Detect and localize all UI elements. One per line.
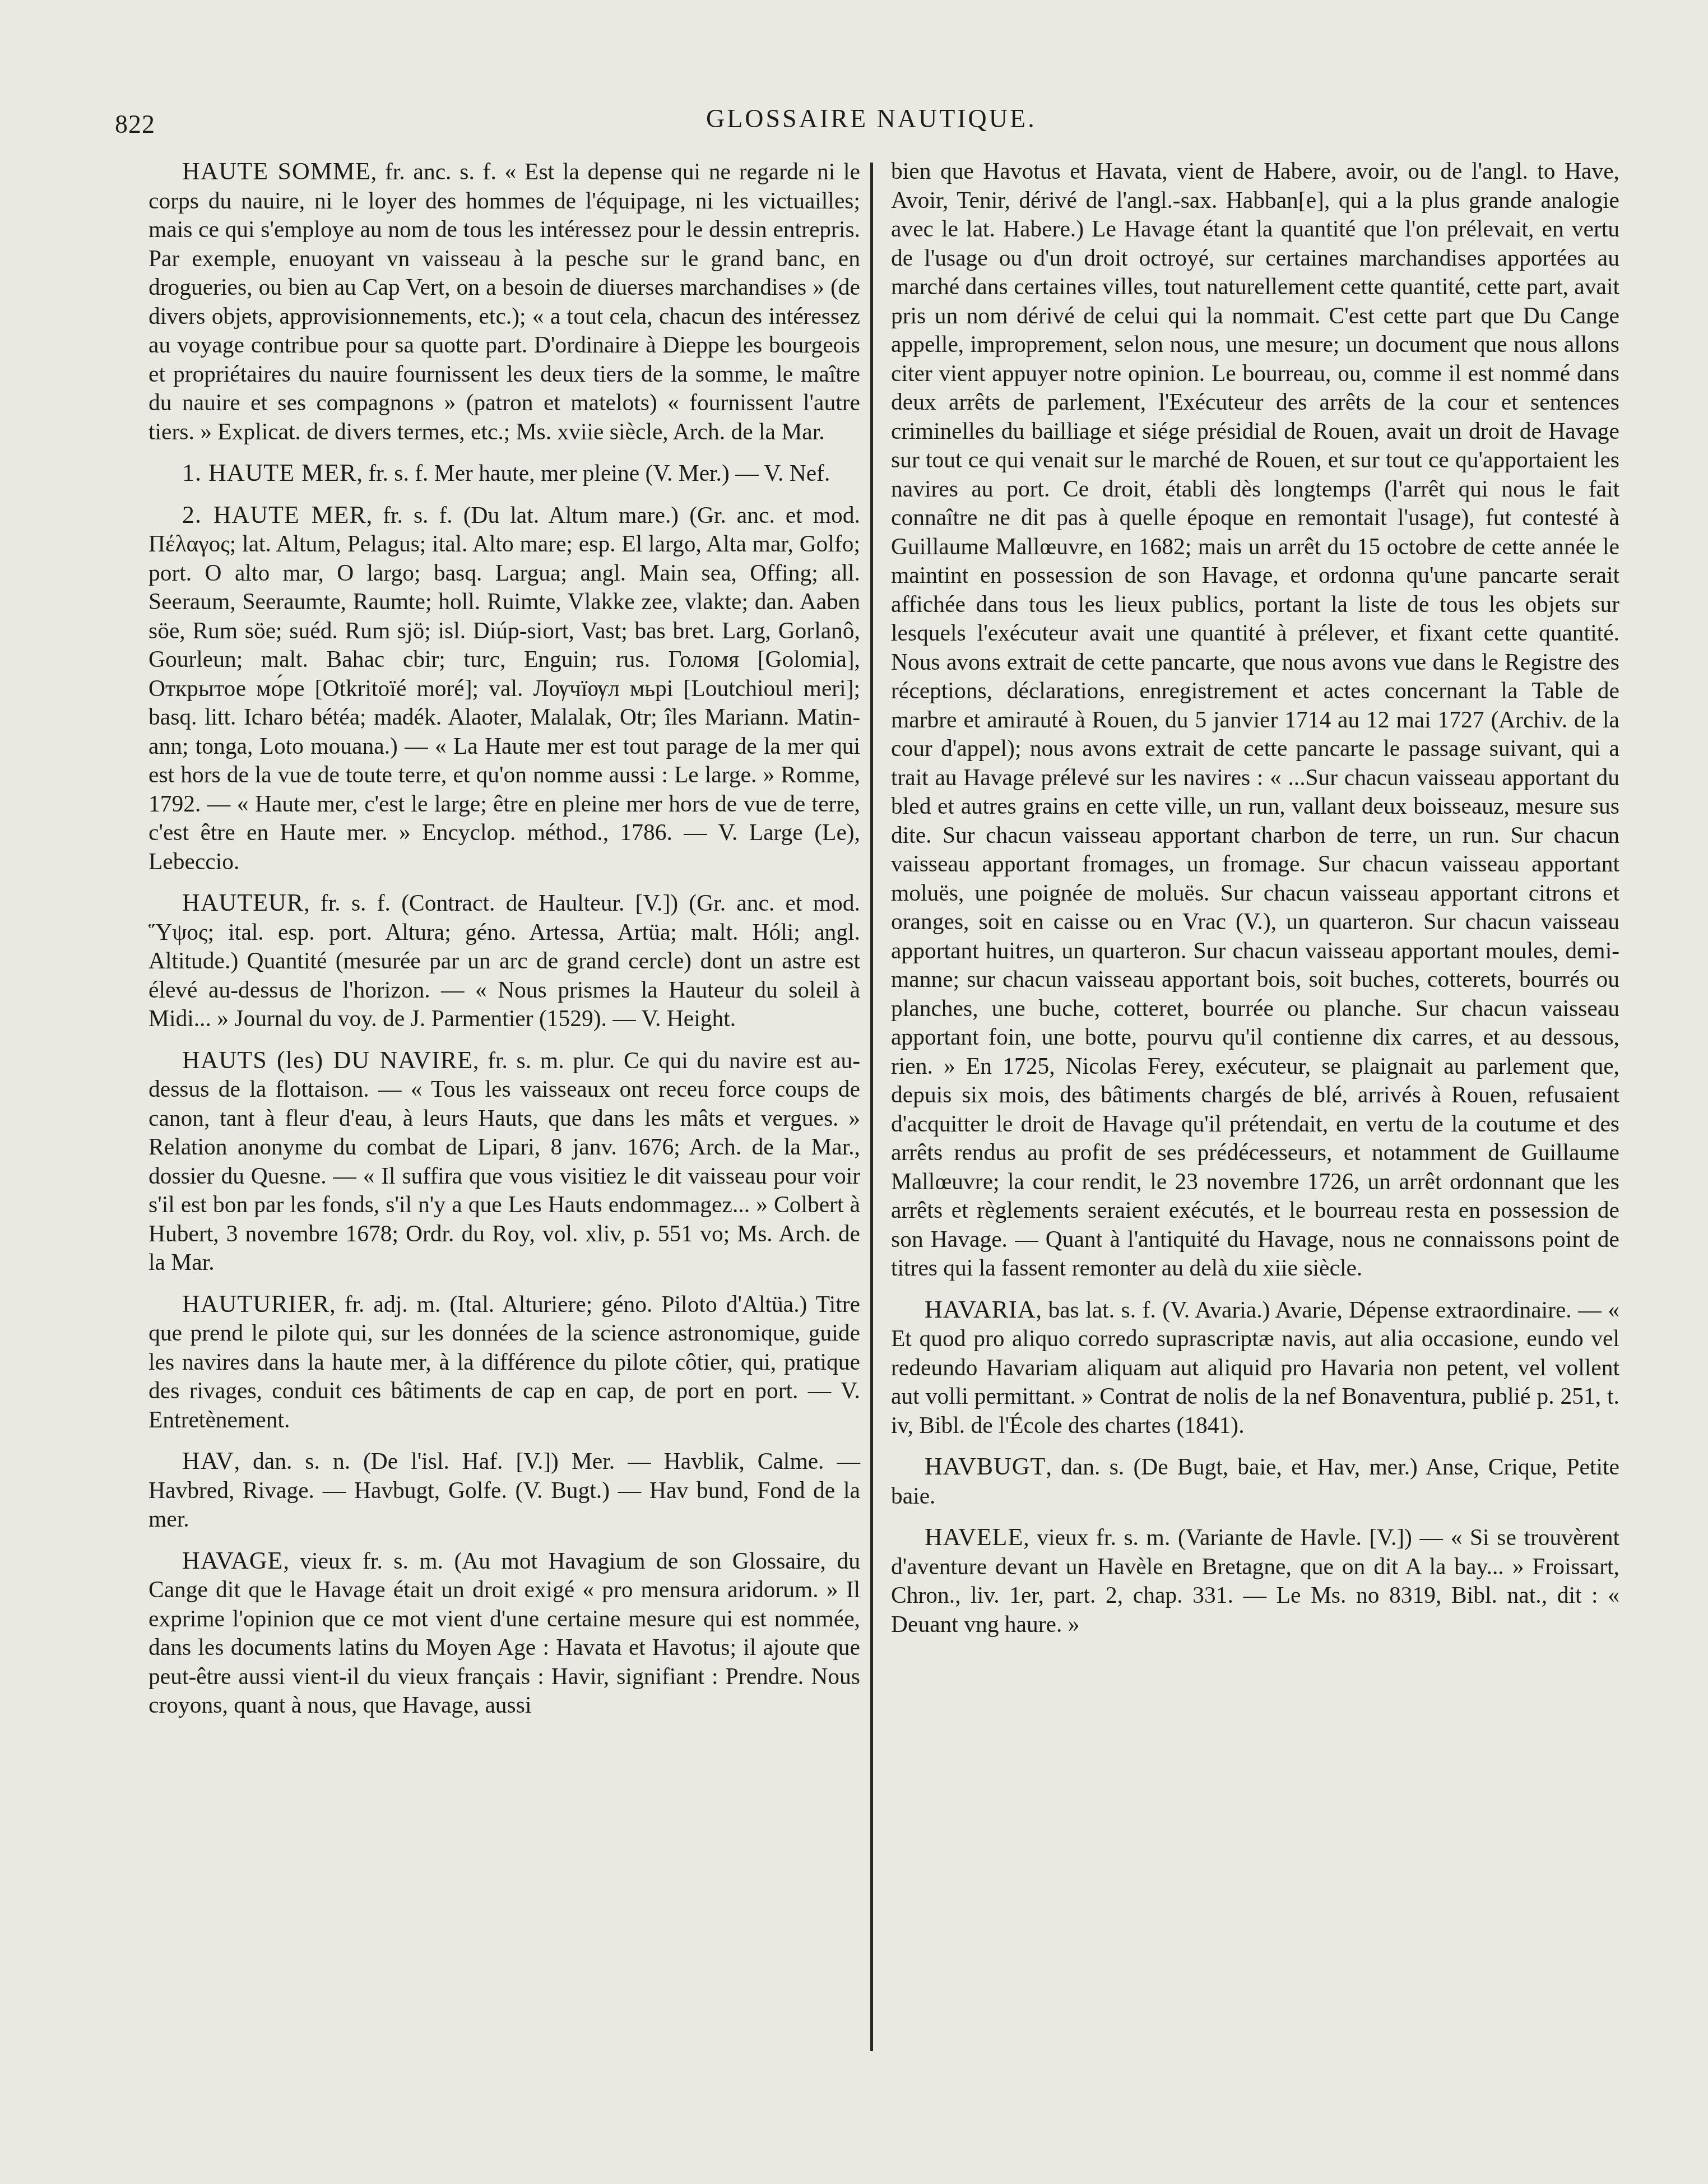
- entry-body: , dan. s. n. (De l'isl. Haf. [V.]) Mer. …: [148, 1448, 860, 1532]
- glossary-entry: HAVAGE, vieux fr. s. m. (Au mot Havagium…: [148, 1546, 860, 1720]
- glossary-entry: HAUTS (les) DU NAVIRE, fr. s. m. plur. C…: [148, 1046, 860, 1277]
- entry-headword: HAUTS (les) DU NAVIRE: [182, 1046, 473, 1074]
- glossary-entry: HAUTEUR, fr. s. f. (Contract. de Haulteu…: [148, 888, 860, 1033]
- page-number: 822: [115, 109, 155, 139]
- glossary-entry: HAUTURIER, fr. adj. m. (Ital. Alturiere;…: [148, 1290, 860, 1435]
- running-head: GLOSSAIRE NAUTIQUE.: [706, 104, 1037, 133]
- right-column: bien que Havotus et Havata, vient de Hab…: [891, 157, 1619, 1651]
- entry-headword: 2. HAUTE MER: [182, 501, 366, 528]
- entry-headword: HAVARIA: [925, 1296, 1036, 1323]
- entry-body: , fr. anc. s. f. « Est la depense qui ne…: [148, 159, 860, 444]
- glossary-entry: 2. HAUTE MER, fr. s. f. (Du lat. Altum m…: [148, 500, 860, 877]
- glossary-entry: 1. HAUTE MER, fr. s. f. Mer haute, mer p…: [148, 458, 860, 488]
- entry-headword: HAVBUGT: [925, 1453, 1046, 1480]
- glossary-entry: HAUTE SOMME, fr. anc. s. f. « Est la dep…: [148, 157, 860, 446]
- entry-headword: 1. HAUTE MER: [182, 459, 356, 486]
- entry-headword: HAV: [182, 1447, 234, 1474]
- glossary-entry: HAVELE, vieux fr. s. m. (Variante de Hav…: [891, 1523, 1619, 1639]
- column-divider: [870, 163, 873, 2051]
- entry-body: , fr. s. f. (Du lat. Altum mare.) (Gr. a…: [148, 502, 860, 874]
- glossary-entry: HAV, dan. s. n. (De l'isl. Haf. [V.]) Me…: [148, 1446, 860, 1534]
- entry-headword: HAVELE: [925, 1523, 1023, 1551]
- entry-body: , fr. s. m. plur. Ce qui du navire est a…: [148, 1047, 860, 1276]
- entry-continuation: bien que Havotus et Havata, vient de Hab…: [891, 157, 1619, 1283]
- entry-headword: HAUTURIER: [182, 1290, 329, 1318]
- entry-headword: HAUTEUR: [182, 889, 304, 916]
- entry-body: , fr. s. f. Mer haute, mer pleine (V. Me…: [356, 460, 830, 486]
- entry-headword: HAUTE SOMME: [182, 157, 371, 185]
- left-column: HAUTE SOMME, fr. anc. s. f. « Est la dep…: [148, 157, 860, 1732]
- entry-headword: HAVAGE: [182, 1547, 283, 1574]
- glossary-entry: HAVARIA, bas lat. s. f. (V. Avaria.) Ava…: [891, 1295, 1619, 1440]
- glossary-entry: HAVBUGT, dan. s. (De Bugt, baie, et Hav,…: [891, 1452, 1619, 1510]
